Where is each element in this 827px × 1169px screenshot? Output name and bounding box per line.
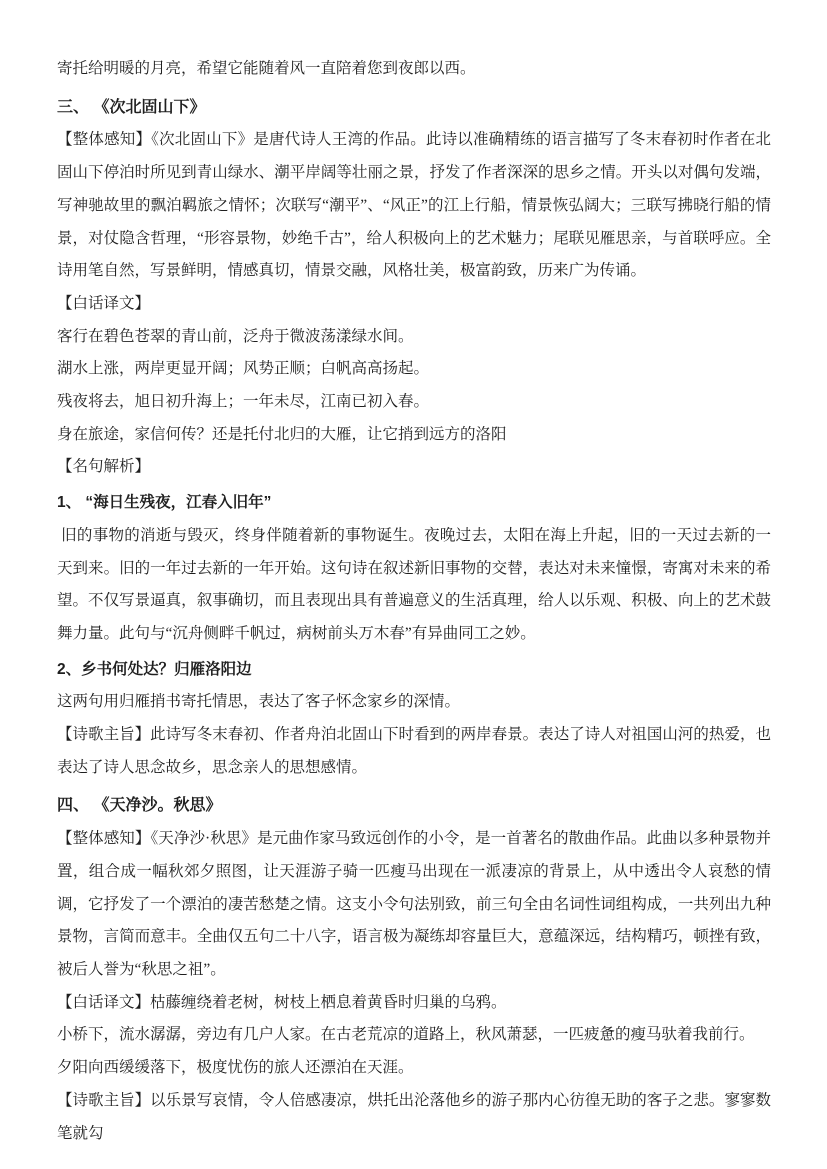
paragraph: 小桥下，流水潺潺，旁边有几户人家。在古老荒凉的道路上，秋风萧瑟，一匹疲惫的瘦马驮…: [57, 1019, 771, 1052]
paragraph: 【整体感知】《天净沙·秋思》是元曲作家马致远创作的小令，是一首著名的散曲作品。此…: [57, 823, 771, 987]
paragraph: 这两句用归雁捎书寄托情思，表达了客子怀念家乡的深情。: [57, 686, 771, 719]
document-page: 寄托给明暖的月亮，希望它能随着风一直陪着您到夜郎以西。三、 《次北固山下》【整体…: [0, 0, 827, 1169]
paragraph: 【整体感知】《次北固山下》是唐代诗人王湾的作品。此诗以准确精练的语言描写了冬末春…: [57, 124, 771, 288]
section-heading: 四、 《天净沙。秋思》: [57, 790, 771, 823]
paragraph: 残夜将去，旭日初升海上；一年未尽，江南已初入春。: [57, 386, 771, 419]
paragraph: 寄托给明暖的月亮，希望它能随着风一直陪着您到夜郎以西。: [57, 53, 771, 86]
paragraph: 【名句解析】: [57, 451, 771, 484]
paragraph: 湖水上涨，两岸更显开阔；风势正顺；白帆高高扬起。: [57, 353, 771, 386]
paragraph: 客行在碧色苍翠的青山前，泛舟于微波荡漾绿水间。: [57, 321, 771, 354]
quote-subheading: 2、乡书何处达？归雁洛阳边: [57, 654, 771, 687]
paragraph: 夕阳向西缓缓落下，极度忧伤的旅人还漂泊在天涯。: [57, 1052, 771, 1085]
paragraph: 旧的事物的消逝与毁灭，终身伴随着新的事物诞生。夜晚过去，太阳在海上升起，旧的一天…: [57, 520, 771, 651]
quote-subheading: 1、 “海日生残夜，江春入旧年”: [57, 487, 771, 520]
section-heading: 三、 《次北固山下》: [57, 92, 771, 125]
paragraph: 身在旅途，家信何传？还是托付北归的大雁，让它捎到远方的洛阳: [57, 419, 771, 452]
paragraph: 【诗歌主旨】以乐景写哀情，令人倍感凄凉，烘托出沦落他乡的游子那内心彷徨无助的客子…: [57, 1085, 771, 1150]
paragraph: 【白话译文】枯藤缠绕着老树，树枝上栖息着黄昏时归巢的乌鸦。: [57, 987, 771, 1020]
paragraph: 【诗歌主旨】此诗写冬末春初、作者舟泊北固山下时看到的两岸春景。表达了诗人对祖国山…: [57, 719, 771, 784]
document-content: 寄托给明暖的月亮，希望它能随着风一直陪着您到夜郎以西。三、 《次北固山下》【整体…: [57, 53, 771, 1150]
paragraph: 【白话译文】: [57, 288, 771, 321]
